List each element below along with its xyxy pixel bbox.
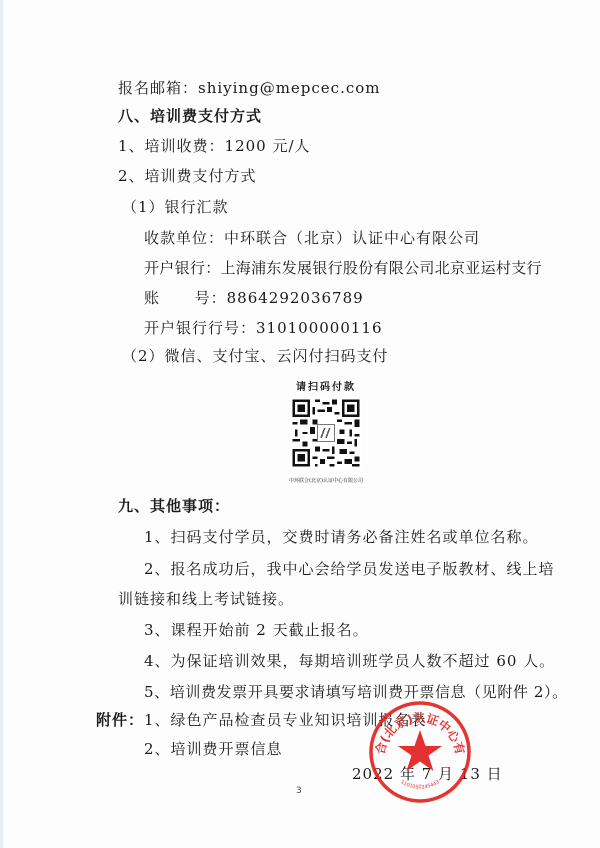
qr-payment-label: （2）微信、支付宝、云闪付扫码支付: [122, 346, 389, 366]
bank-name: 开户银行：上海浦东发展银行股份有限公司北京亚运村支行: [144, 258, 542, 278]
section8-title: 八、培训费支付方式: [118, 106, 262, 126]
page-edge: [0, 0, 3, 848]
bank-code: 开户银行行号：310100000116: [144, 318, 383, 338]
qr-payment-block: 请扫码付款 中环联合(北京)认证中心有限公司: [278, 378, 374, 484]
qr-title: 请扫码付款: [278, 378, 374, 393]
account-row: 账 号：8864292036789: [144, 288, 364, 308]
qr-code-icon: [290, 397, 362, 469]
official-seal-icon: 中环联合(北京)认证中心有限公司 1101050245443: [368, 700, 472, 804]
account-label: 账 号：: [144, 289, 227, 307]
attachments-label: 附件：: [96, 711, 144, 729]
svg-text:1101050245443: 1101050245443: [399, 779, 440, 791]
payee: 收款单位：中环联合（北京）认证中心有限公司: [144, 228, 480, 248]
payment-method-title: 2、培训费支付方式: [118, 166, 257, 186]
note-item-continued: 训链接和线上考试链接。: [118, 589, 294, 609]
bank-transfer-label: （1）银行汇款: [122, 197, 229, 217]
signup-email: 报名邮箱：shiying@mepcec.com: [118, 78, 381, 98]
account-number: 8864292036789: [227, 289, 364, 307]
training-fee: 1、培训收费：1200 元/人: [118, 136, 311, 156]
note-item: 3、课程开始前 2 天截止报名。: [144, 620, 369, 640]
note-item: 1、扫码支付学员，交费时请务必备注姓名或单位名称。: [144, 527, 539, 547]
note-item: 4、为保证培训效果，每期培训班学员人数不超过 60 人。: [144, 651, 555, 671]
note-item: 5、培训费发票开具要求请填写培训费开票信息（见附件 2）。: [144, 682, 568, 702]
document-page: 报名邮箱：shiying@mepcec.com 八、培训费支付方式 1、培训收费…: [0, 0, 600, 848]
note-item: 2、报名成功后，我中心会给学员发送电子版教材、线上培: [144, 559, 555, 579]
page-number: 3: [296, 786, 302, 796]
section9-title: 九、其他事项：: [118, 496, 230, 516]
attachment-item: 2、培训费开票信息: [144, 739, 283, 759]
qr-caption: 中环联合(北京)认证中心有限公司: [278, 477, 374, 484]
